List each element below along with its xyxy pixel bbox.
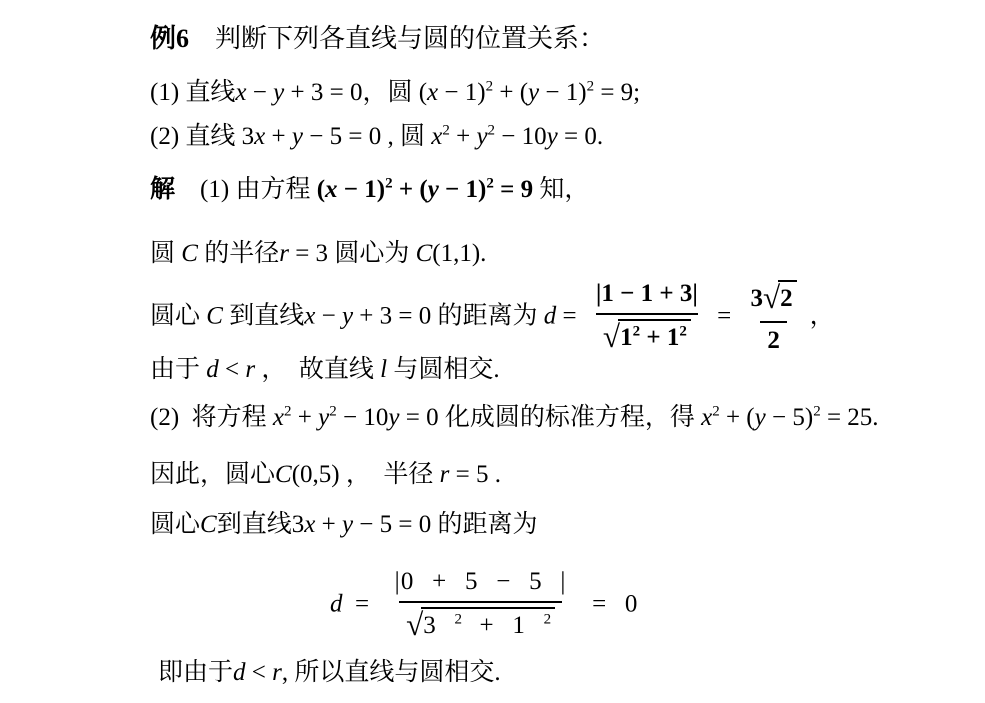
text-segment: 3: [751, 285, 764, 312]
text-segment: <: [219, 356, 246, 383]
text-segment: 因此，圆心: [150, 461, 275, 488]
text-segment: 2: [486, 79, 494, 95]
text-segment: (: [317, 176, 325, 203]
text-segment: (2): [150, 123, 185, 150]
text-segment: 2: [679, 323, 687, 339]
text-segment: 的半径: [198, 240, 279, 267]
text-segment: − 1): [338, 176, 386, 203]
text-segment: 的距离为: [438, 302, 544, 329]
text-segment: 由于: [150, 356, 206, 383]
text-segment: = 5: [449, 461, 488, 488]
text-segment: +: [450, 123, 477, 150]
text-segment: − 10: [337, 404, 389, 431]
text-segment: (2): [150, 404, 192, 431]
text-segment: =: [711, 302, 738, 329]
text-segment: 例6: [150, 24, 189, 53]
text-segment: x: [235, 79, 246, 106]
text-segment: =: [343, 590, 382, 617]
square-root: √2: [763, 278, 797, 319]
text-segment: 解: [150, 176, 175, 203]
document-page: 例6 判断下列各直线与圆的位置关系： (1) 直线x − y + 3 = 0，圆…: [0, 0, 985, 703]
line-conclusion-2: 即由于d < r, 所以直线与圆相交.: [158, 657, 501, 690]
text-segment: <: [246, 659, 273, 686]
text-segment: x: [254, 123, 265, 150]
text-segment: r: [440, 461, 450, 488]
text-segment: |0 + 5 − 5 |: [395, 568, 567, 595]
line-conclusion-1: 由于 d < r ， 故直线 l 与圆相交.: [150, 354, 500, 387]
text-segment: 2: [329, 404, 337, 420]
text-segment: 3: [242, 123, 255, 150]
fraction-distance-1: |1 − 1 + 3|√12 + 12: [589, 278, 705, 357]
text-segment: 圆: [400, 123, 431, 150]
square-root: √12 + 12: [603, 317, 691, 358]
formula-suffix: = 0: [580, 590, 638, 617]
text-segment: x: [427, 79, 438, 106]
text-segment: y: [292, 123, 303, 150]
text-segment: y: [755, 404, 766, 431]
text-segment: y: [547, 123, 558, 150]
text-segment: x: [431, 123, 442, 150]
text-segment: y: [342, 302, 353, 329]
text-segment: = 3: [289, 240, 334, 267]
text-segment: − 1): [539, 79, 586, 106]
text-segment: y: [273, 79, 284, 106]
text-segment: + 3 = 0: [284, 79, 362, 106]
text-segment: 2: [486, 176, 494, 192]
formula-suffix: ，: [810, 302, 835, 329]
formula-prefix: 圆心 C 到直线x − y + 3 = 0 的距离为 d =: [150, 302, 583, 329]
text-segment: 到直线: [217, 511, 292, 538]
text-segment: d: [233, 659, 246, 686]
text-segment: r: [245, 356, 255, 383]
text-segment: y: [476, 123, 487, 150]
text-segment: 2: [544, 611, 552, 627]
fraction-distance-2: |0 + 5 − 5 |√3 2 + 1 2: [388, 566, 574, 645]
text-segment: C: [200, 511, 217, 538]
radicand: 12 + 12: [618, 319, 691, 355]
text-segment: = 9;: [594, 79, 640, 106]
text-segment: x: [701, 404, 712, 431]
text-segment: − 1): [439, 176, 487, 203]
radicand: 2: [778, 280, 797, 316]
text-segment: 圆心: [150, 511, 200, 538]
fraction-numerator: |0 + 5 − 5 |: [388, 566, 574, 601]
text-segment: (1): [200, 176, 235, 203]
text-segment: 圆: [150, 240, 181, 267]
text-segment: −: [315, 302, 342, 329]
line-title: 例6 判断下列各直线与圆的位置关系：: [150, 22, 605, 56]
text-segment: 2: [633, 323, 641, 339]
text-segment: y: [318, 404, 329, 431]
square-root: √3 2 + 1 2: [406, 605, 555, 646]
text-segment: r: [272, 659, 282, 686]
text-segment: d: [330, 590, 343, 617]
text-segment: + (: [493, 79, 528, 106]
text-segment: + 1: [640, 324, 679, 351]
text-segment: = 0: [399, 404, 444, 431]
line-radius-center-1: 圆 C 的半径r = 3 圆心为 C(1,1).: [150, 238, 486, 271]
text-segment: 由方程: [235, 176, 316, 203]
text-segment: y: [388, 404, 399, 431]
text-segment: + (: [720, 404, 755, 431]
text-segment: − 5 = 0: [353, 511, 437, 538]
equals-sign: =: [711, 302, 738, 329]
text-segment: x: [304, 302, 315, 329]
text-segment: 2: [780, 285, 793, 312]
text-segment: 与圆相交.: [387, 356, 500, 383]
text-segment: .: [488, 461, 501, 488]
text-segment: (: [419, 79, 427, 106]
line-item2: (2) 直线 3x + y − 5 = 0 , 圆 x2 + y2 − 10y …: [150, 121, 603, 154]
text-segment: 直线: [185, 123, 241, 150]
text-segment: +: [292, 404, 319, 431]
text-segment: =: [556, 302, 583, 329]
text-segment: 化成圆的标准方程，得: [445, 404, 701, 431]
text-segment: y: [342, 511, 353, 538]
text-segment: 2: [284, 404, 292, 420]
radicand: 3 2 + 1 2: [421, 607, 555, 643]
text-segment: 2: [767, 327, 780, 354]
text-segment: ，: [810, 302, 835, 329]
text-segment: 2: [385, 176, 393, 192]
text-segment: ，圆: [362, 79, 418, 106]
text-segment: 3: [292, 511, 305, 538]
text-segment: 2: [454, 611, 462, 627]
text-segment: 2: [813, 404, 821, 420]
text-segment: d: [544, 302, 557, 329]
text-segment: ,: [282, 659, 295, 686]
coefficient: 3: [751, 285, 764, 312]
text-segment: C: [181, 240, 198, 267]
text-segment: 判断下列各直线与圆的位置关系：: [189, 24, 605, 53]
text-segment: −: [247, 79, 274, 106]
text-segment: C: [206, 302, 223, 329]
text-segment: [175, 176, 200, 203]
text-segment: 2: [442, 123, 450, 139]
fraction-denominator: √12 + 12: [596, 313, 698, 358]
formula-prefix: d =: [330, 590, 382, 617]
fraction-denominator: √3 2 + 1 2: [399, 601, 562, 646]
text-segment: + 1: [462, 612, 544, 639]
text-segment: |1 − 1 + 3|: [596, 280, 698, 307]
text-segment: C: [275, 461, 292, 488]
text-segment: 2: [587, 79, 595, 95]
text-segment: 圆心为: [334, 240, 415, 267]
text-segment: 将方程: [192, 404, 273, 431]
line-solution-start: 解 (1) 由方程 (x − 1)2 + (y − 1)2 = 9 知，: [150, 174, 589, 207]
text-segment: = 0: [580, 590, 638, 617]
text-segment: + 3 = 0: [353, 302, 437, 329]
text-segment: (1,1).: [432, 240, 486, 267]
line-center-radius-2: 因此，圆心C(0,5) ， 半径 r = 5 .: [150, 459, 501, 492]
text-segment: +: [265, 123, 292, 150]
text-segment: 的距离为: [438, 511, 538, 538]
text-segment: d: [206, 356, 219, 383]
text-segment: ， 半径: [340, 461, 440, 488]
line-distance-1: 圆心 C 到直线x − y + 3 = 0 的距离为 d = |1 − 1 + …: [150, 278, 835, 357]
text-segment: 2: [712, 404, 720, 420]
line-distance-intro-2: 圆心C到直线3x + y − 5 = 0 的距离为: [150, 509, 538, 542]
text-segment: (1): [150, 79, 185, 106]
text-segment: 2: [488, 123, 496, 139]
text-segment: x: [273, 404, 284, 431]
formula-distance-2: d = |0 + 5 − 5 |√3 2 + 1 2 = 0: [330, 566, 637, 645]
text-segment: 所以直线与圆相交.: [294, 659, 500, 686]
text-segment: + (: [393, 176, 428, 203]
text-segment: = 9: [494, 176, 540, 203]
text-segment: − 10: [495, 123, 547, 150]
text-segment: 知，: [539, 176, 589, 203]
text-segment: ， 故直线: [255, 356, 380, 383]
text-segment: 即由于: [158, 659, 233, 686]
fraction-numerator: |1 − 1 + 3|: [589, 278, 705, 313]
fraction-numerator: 3√2: [744, 278, 804, 321]
fraction-denominator: 2: [760, 321, 787, 358]
text-segment: ,: [381, 123, 400, 150]
fraction-result-1: 3√22: [744, 278, 804, 357]
text-segment: 直线: [185, 79, 235, 106]
text-segment: y: [428, 176, 439, 203]
text-segment: x: [304, 511, 315, 538]
text-segment: − 5): [766, 404, 813, 431]
text-segment: y: [528, 79, 539, 106]
text-segment: 到直线: [223, 302, 304, 329]
text-segment: 圆心: [150, 302, 206, 329]
text-segment: C: [416, 240, 433, 267]
text-segment: = 0.: [558, 123, 603, 150]
text-segment: (0,5): [292, 461, 340, 488]
line-item2-transform: (2) 将方程 x2 + y2 − 10y = 0 化成圆的标准方程，得 x2 …: [150, 402, 879, 435]
text-segment: = 25.: [821, 404, 879, 431]
line-item1: (1) 直线x − y + 3 = 0，圆 (x − 1)2 + (y − 1)…: [150, 77, 640, 110]
text-segment: r: [279, 240, 289, 267]
text-segment: − 1): [438, 79, 485, 106]
text-segment: 1: [620, 324, 633, 351]
text-segment: 3: [423, 612, 454, 639]
text-segment: x: [325, 176, 338, 203]
text-segment: − 5 = 0: [303, 123, 381, 150]
text-segment: +: [315, 511, 342, 538]
